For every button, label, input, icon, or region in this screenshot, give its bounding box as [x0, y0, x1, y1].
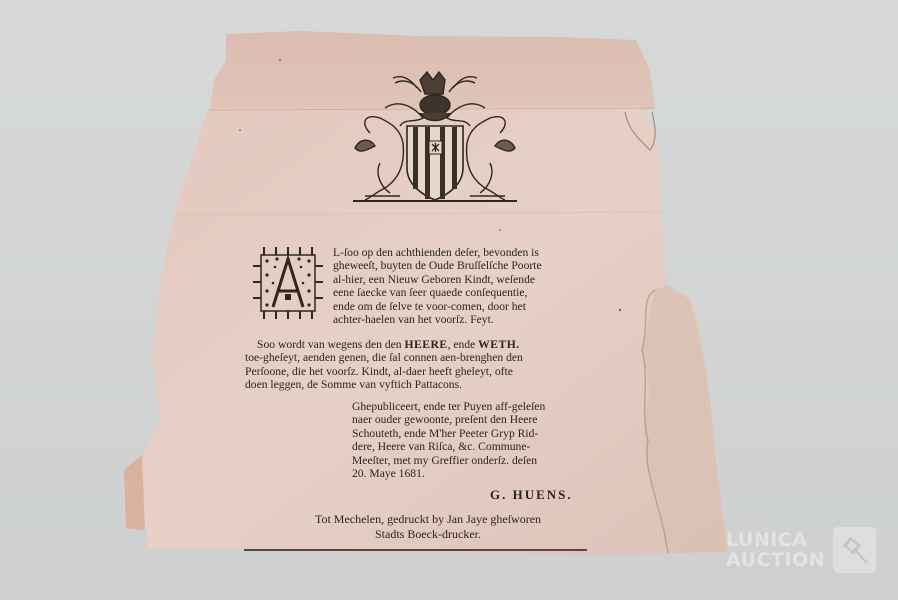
lunica-auction-watermark: LUNICA AUCTION: [726, 527, 876, 573]
watermark-text: LUNICA AUCTION: [726, 530, 825, 570]
text-line: Ghepubliceert, ende ter Puyen aff-geleſe…: [352, 400, 622, 413]
text-line: dere, Heere van Riſca, &c. Commune-: [352, 440, 622, 453]
text-line: Meeſter, met my Greffier onderſz. deſen: [352, 454, 622, 467]
watermark-line: LUNICA: [726, 530, 825, 550]
text-run-bold: HEERE: [404, 338, 447, 351]
text-line: toe-gheſeyt, aenden genen, die ſal conne…: [245, 351, 625, 364]
text-run-bold: WETH.: [478, 338, 519, 351]
text-line: L-ſoo op den achthienden deſer, bevonden…: [333, 246, 623, 259]
text-line: Soo wordt van wegens den den HEERE, ende…: [245, 338, 625, 351]
text-line: al-hier, een Nieuw Geboren Kindt, weſend…: [333, 273, 623, 286]
text-line: ende om de ſelve te voor-comen, door het: [333, 300, 623, 313]
text-line: eene ſaecke van ſeer quaede conſequentie…: [333, 286, 623, 299]
text-line: Perſoone, die het voorſz. Kindt, al-daer…: [245, 365, 625, 378]
paragraph-publication: Ghepubliceert, ende ter Puyen aff-geleſe…: [352, 400, 622, 480]
printer-imprint: Tot Mechelen, gedruckt by Jan Jaye gheſw…: [258, 512, 598, 542]
coat-of-arms-woodcut: [345, 68, 525, 206]
bottom-rule: [244, 549, 587, 551]
photo-scene: L-ſoo op den achthienden deſer, bevonden…: [0, 0, 898, 600]
text-line: Schouteth, ende M'her Peeter Gryp Rid-: [352, 427, 622, 440]
text-line: naer ouder gewoonte, preſent den Heere: [352, 413, 622, 426]
paragraph-reward: Soo wordt van wegens den den HEERE, ende…: [245, 338, 625, 392]
gavel-icon: [833, 527, 876, 573]
text-line: gheweeſt, buyten de Oude Bruſſelſche Poo…: [333, 259, 623, 272]
imprint-line: Tot Mechelen, gedruckt by Jan Jaye gheſw…: [258, 512, 598, 527]
watermark-line: AUCTION: [726, 550, 825, 570]
imprint-line: Stadts Boeck-drucker.: [258, 527, 598, 542]
text-line: doen leggen, de Somme van vyftich Pattac…: [245, 378, 625, 391]
text-run: , ende: [448, 338, 479, 351]
text-line: achter-haelen van het voorſz. Feyt.: [333, 313, 623, 326]
signature: G. HUENS.: [490, 487, 573, 503]
ornamental-drop-cap: [253, 245, 323, 323]
paragraph-announcement: L-ſoo op den achthienden deſer, bevonden…: [333, 246, 623, 326]
text-run: Soo wordt van wegens den den: [257, 338, 404, 351]
text-line: 20. Maye 1681.: [352, 467, 622, 480]
